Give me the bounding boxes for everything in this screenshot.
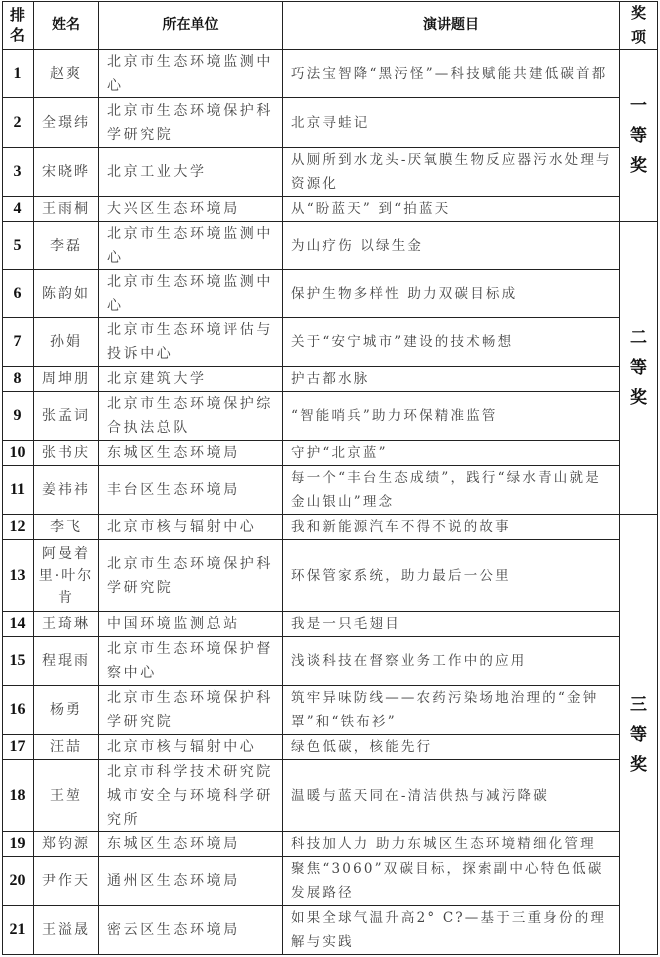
name-cell: 宋晓晔 [34, 148, 99, 197]
name-cell: 王溢晟 [34, 906, 99, 955]
rank-cell: 4 [2, 197, 34, 222]
unit-cell: 丰台区生态环境局 [99, 466, 283, 515]
unit-cell: 北京市生态环境保护科学研究院 [99, 98, 283, 148]
topic-cell: 护古都水脉 [283, 367, 620, 392]
topic-cell: 温暖与蓝天同在-清洁供热与减污降碳 [283, 760, 620, 832]
unit-cell: 北京市生态环境保护科学研究院 [99, 686, 283, 735]
topic-cell: 从厕所到水龙头-厌氧膜生物反应器污水处理与资源化 [283, 148, 620, 197]
unit-cell: 密云区生态环境局 [99, 906, 283, 955]
unit-cell: 北京市生态环境监测中心 [99, 50, 283, 98]
topic-cell: 每一个“丰台生态成绩”，践行“绿水青山就是金山银山”理念 [283, 466, 620, 515]
name-cell: 阿曼着里·叶尔肯 [34, 540, 99, 612]
unit-cell: 北京市生态环境监测中心 [99, 270, 283, 318]
name-cell: 李飞 [34, 515, 99, 540]
unit-cell: 北京市核与辐射中心 [99, 515, 283, 540]
award-char: 等 [630, 720, 647, 750]
rank-cell: 10 [2, 441, 34, 466]
header-unit: 所在单位 [99, 1, 283, 50]
unit-cell: 北京工业大学 [99, 148, 283, 197]
name-cell: 李磊 [34, 222, 99, 270]
rank-cell: 19 [2, 832, 34, 857]
name-cell: 郑钧源 [34, 832, 99, 857]
header-rank: 排 名 [2, 1, 34, 50]
rank-cell: 18 [2, 760, 34, 832]
rank-cell: 1 [2, 50, 34, 98]
topic-cell: 从“盼蓝天” 到“拍蓝天 [283, 197, 620, 222]
topic-cell: 保护生物多样性 助力双碳目标成 [283, 270, 620, 318]
topic-cell: 聚焦“3060”双碳目标，探索副中心特色低碳发展路径 [283, 857, 620, 906]
unit-cell: 东城区生态环境局 [99, 441, 283, 466]
topic-cell: 环保管家系统，助力最后一公里 [283, 540, 620, 612]
rank-cell: 2 [2, 98, 34, 148]
topic-cell: 守护“北京蓝” [283, 441, 620, 466]
topic-cell: 绿色低碳，核能先行 [283, 735, 620, 760]
topic-cell: 筑牢异味防线——农药污染场地治理的“金钟罩”和“铁布衫” [283, 686, 620, 735]
award-second: 二等奖 [620, 222, 658, 515]
unit-cell: 大兴区生态环境局 [99, 197, 283, 222]
name-cell: 赵爽 [34, 50, 99, 98]
topic-cell: 北京寻蛙记 [283, 98, 620, 148]
topic-cell: “智能哨兵”助力环保精准监管 [283, 392, 620, 441]
award-char: 奖 [630, 151, 647, 181]
name-cell: 王琦琳 [34, 612, 99, 637]
unit-cell: 北京市生态环境保护综合执法总队 [99, 392, 283, 441]
header-name: 姓名 [34, 1, 99, 50]
award-char: 奖 [630, 750, 647, 780]
topic-cell: 我和新能源汽车不得不说的故事 [283, 515, 620, 540]
unit-cell: 东城区生态环境局 [99, 832, 283, 857]
unit-cell: 北京市生态环境保护科学研究院 [99, 540, 283, 612]
unit-cell: 北京市核与辐射中心 [99, 735, 283, 760]
topic-cell: 关于“安宁城市”建设的技术畅想 [283, 318, 620, 367]
rank-cell: 14 [2, 612, 34, 637]
topic-cell: 我是一只毛翅目 [283, 612, 620, 637]
award-char: 等 [630, 121, 647, 151]
award-char: 等 [630, 353, 647, 383]
rank-cell: 7 [2, 318, 34, 367]
rank-cell: 9 [2, 392, 34, 441]
rank-cell: 12 [2, 515, 34, 540]
unit-cell: 北京建筑大学 [99, 367, 283, 392]
unit-cell: 中国环境监测总站 [99, 612, 283, 637]
award-char: 一 [630, 91, 647, 121]
rank-cell: 3 [2, 148, 34, 197]
name-cell: 尹作天 [34, 857, 99, 906]
rank-cell: 13 [2, 540, 34, 612]
topic-cell: 科技加人力 助力东城区生态环境精细化管理 [283, 832, 620, 857]
rank-cell: 15 [2, 637, 34, 686]
rank-cell: 16 [2, 686, 34, 735]
name-cell: 程琨雨 [34, 637, 99, 686]
name-cell: 孙娟 [34, 318, 99, 367]
unit-cell: 北京市生态环境评估与投诉中心 [99, 318, 283, 367]
name-cell: 全璟纬 [34, 98, 99, 148]
name-cell: 张孟词 [34, 392, 99, 441]
name-cell: 周坤朋 [34, 367, 99, 392]
topic-cell: 如果全球气温升高2° C?—基于三重身份的理解与实践 [283, 906, 620, 955]
rank-cell: 20 [2, 857, 34, 906]
award-third: 三等奖 [620, 515, 658, 955]
unit-cell: 北京市生态环境保护督察中心 [99, 637, 283, 686]
name-cell: 杨勇 [34, 686, 99, 735]
rank-cell: 21 [2, 906, 34, 955]
rank-cell: 6 [2, 270, 34, 318]
rank-cell: 8 [2, 367, 34, 392]
name-cell: 姜祎祎 [34, 466, 99, 515]
topic-cell: 巧法宝智降“黑污怪”—科技赋能共建低碳首都 [283, 50, 620, 98]
topic-cell: 为山疗伤 以绿生金 [283, 222, 620, 270]
name-cell: 王堃 [34, 760, 99, 832]
award-char: 二 [630, 323, 647, 353]
name-cell: 张书庆 [34, 441, 99, 466]
award-first: 一等奖 [620, 50, 658, 222]
unit-cell: 北京市科学技术研究院城市安全与环境科学研究所 [99, 760, 283, 832]
topic-cell: 浅谈科技在督察业务工作中的应用 [283, 637, 620, 686]
rank-cell: 5 [2, 222, 34, 270]
rank-cell: 11 [2, 466, 34, 515]
name-cell: 王雨桐 [34, 197, 99, 222]
unit-cell: 北京市生态环境监测中心 [99, 222, 283, 270]
results-table: 排 名 姓名 所在单位 演讲题目 奖 项 1赵爽北京市生态环境监测中心巧法宝智降… [2, 1, 658, 955]
unit-cell: 通州区生态环境局 [99, 857, 283, 906]
name-cell: 陈韵如 [34, 270, 99, 318]
award-char: 奖 [630, 383, 647, 413]
header-topic: 演讲题目 [283, 1, 620, 50]
award-char: 三 [630, 690, 647, 720]
rank-cell: 17 [2, 735, 34, 760]
header-award: 奖 项 [620, 1, 658, 50]
name-cell: 汪喆 [34, 735, 99, 760]
